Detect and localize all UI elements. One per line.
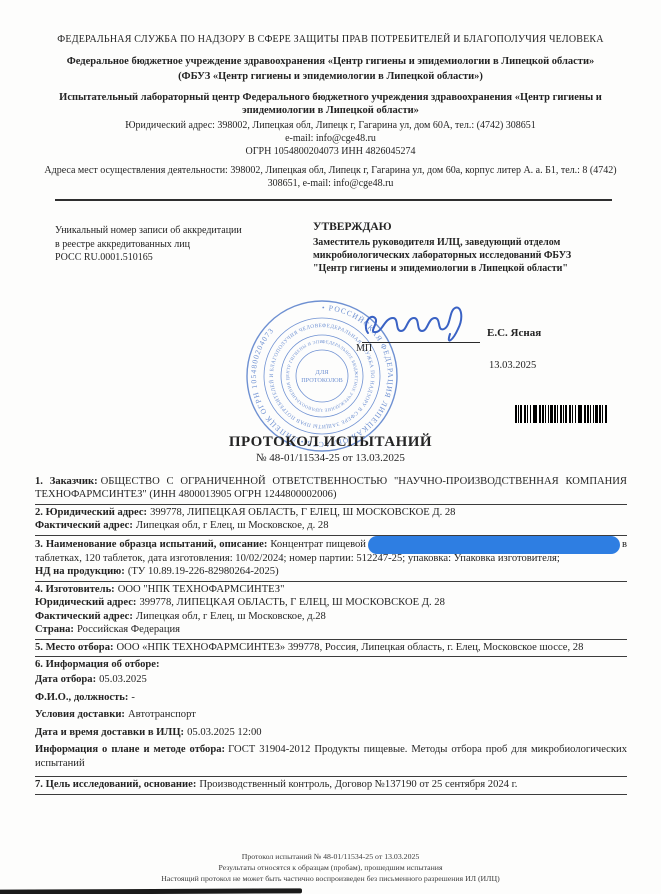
manufacturer-label: 4. Изготовитель: <box>35 584 118 595</box>
section-customer-address: 2. Юридический адрес:399778, ЛИПЕЦКАЯ ОБ… <box>35 505 627 536</box>
manufacturer-legal-address-label: Юридический адрес: <box>35 597 139 608</box>
activity-addresses: Адреса мест осуществления деятельности: … <box>42 164 619 190</box>
section-customer: 1. Заказчик:ОБЩЕСТВО С ОГРАНИЧЕННОЙ ОТВЕ… <box>35 474 627 505</box>
customer-value: ОБЩЕСТВО С ОГРАНИЧЕННОЙ ОТВЕТСТВЕННОСТЬЮ… <box>35 476 627 500</box>
accreditation-number: РОСС RU.0001.510165 <box>55 251 305 265</box>
organization-full-name: Федеральное бюджетное учреждение здравоо… <box>42 55 619 68</box>
stamp-center-line1: ДЛЯ <box>315 369 329 376</box>
legal-address-label: 2. Юридический адрес: <box>35 507 150 518</box>
ogrn-inn-line: ОГРН 1054800204073 ИНН 4826045274 <box>42 145 619 158</box>
scan-artifact-bar <box>0 888 302 894</box>
sampling-place-label: 5. Место отбора: <box>35 642 117 653</box>
manufacturer-actual-address-value: Липецкая обл, г Елец, ш Московское, д.28 <box>136 611 326 622</box>
protocol-document-page: ФЕДЕРАЛЬНАЯ СЛУЖБА ПО НАДЗОРУ В СФЕРЕ ЗА… <box>0 0 661 894</box>
nd-value: (ТУ 10.89.19-226-82980264-2025) <box>128 566 279 577</box>
purpose-label: 7. Цель исследований, основание: <box>35 779 199 790</box>
actual-address-value: Липецкая обл, г Елец, ш Московское, д. 2… <box>136 520 329 531</box>
protocol-sections: 1. Заказчик:ОБЩЕСТВО С ОГРАНИЧЕННОЙ ОТВЕ… <box>35 474 627 795</box>
page-footer: Протокол испытаний № 48-01/11534-25 от 1… <box>0 852 661 885</box>
manufacturer-legal-address-value: 399778, ЛИПЕЦКАЯ ОБЛАСТЬ, Г ЕЛЕЦ, Ш МОСК… <box>139 597 444 608</box>
signer-name: Е.С. Ясная <box>487 327 541 339</box>
header-divider <box>55 199 612 201</box>
purpose-value: Производственный контроль, Договор №1371… <box>199 779 517 790</box>
customer-label: 1. Заказчик: <box>35 476 101 487</box>
delivery-conditions-label: Условия доставки: <box>35 709 128 720</box>
section-purpose: 7. Цель исследований, основание:Производ… <box>35 777 627 794</box>
document-title-block: ПРОТОКОЛ ИСПЫТАНИЙ № 48-01/11534-25 от 1… <box>0 434 661 464</box>
stamp-center-line2: ПРОТОКОЛОВ <box>301 377 343 384</box>
organization-short-name: (ФБУЗ «Центр гигиены и эпидемиологии в Л… <box>42 70 619 83</box>
legal-address: Юридический адрес: 398002, Липецкая обл,… <box>42 119 619 132</box>
actual-address-label: Фактический адрес: <box>35 520 136 531</box>
sampling-date-label: Дата отбора: <box>35 674 99 685</box>
sampler-name-label: Ф.И.О., должность: <box>35 692 131 703</box>
country-value: Российская Федерация <box>77 624 180 635</box>
stamp-place-label: МП <box>356 343 372 354</box>
approval-date: 13.03.2025 <box>489 360 536 371</box>
sample-name-before: Концентрат пищевой <box>270 539 366 550</box>
section-sampling-place: 5. Место отбора:ООО «НПК ТЕХНОФАРМСИНТЕЗ… <box>35 640 627 657</box>
section-sampling-info: 6. Информация об отборе: Дата отбора:05.… <box>35 657 627 777</box>
approval-block: УТВЕРЖДАЮ Заместитель руководителя ИЛЦ, … <box>313 221 603 275</box>
document-header: ФЕДЕРАЛЬНАЯ СЛУЖБА ПО НАДЗОРУ В СФЕРЕ ЗА… <box>42 34 619 190</box>
signature-line <box>362 342 480 343</box>
section-sample: 3. Наименование образца испытаний, описа… <box>35 536 627 582</box>
manufacturer-value: ООО "НПК ТЕХНОФАРМСИНТЕЗ" <box>118 584 285 595</box>
delivery-datetime-value: 05.03.2025 12:00 <box>187 727 261 738</box>
delivery-conditions-value: Автотранспорт <box>128 709 196 720</box>
email-line: e-mail: info@cge48.ru <box>42 132 619 145</box>
document-number: № 48-01/11534-25 от 13.03.2025 <box>0 452 661 464</box>
accreditation-line1: Уникальный номер записи об аккредитации <box>55 224 305 238</box>
approval-title: УТВЕРЖДАЮ <box>313 221 603 233</box>
accreditation-block: Уникальный номер записи об аккредитации … <box>55 224 305 265</box>
sampling-info-label: 6. Информация об отборе: <box>35 659 163 670</box>
handwritten-signature <box>358 303 483 351</box>
sampling-method-label: Информация о плане и методе отбора: <box>35 744 228 755</box>
sampler-name-value: - <box>131 692 135 703</box>
accreditation-line2: в реестре аккредитованных лиц <box>55 238 305 252</box>
footer-reproduction-note: Настоящий протокол не может быть частичн… <box>0 874 661 885</box>
delivery-datetime-label: Дата и время доставки в ИЛЦ: <box>35 727 187 738</box>
barcode <box>515 405 608 423</box>
sampling-place-value: ООО «НПК ТЕХНОФАРМСИНТЕЗ» 399778, Россия… <box>117 642 584 653</box>
footer-protocol-number: Протокол испытаний № 48-01/11534-25 от 1… <box>0 852 661 863</box>
manufacturer-actual-address-label: Фактический адрес: <box>35 611 136 622</box>
laboratory-name: Испытательный лабораторный центр Федерал… <box>42 91 619 117</box>
approver-position: Заместитель руководителя ИЛЦ, заведующий… <box>313 236 603 275</box>
redaction-overlay <box>369 537 619 553</box>
legal-address-value: 399778, ЛИПЕЦКАЯ ОБЛАСТЬ, Г ЕЛЕЦ, Ш МОСК… <box>150 507 455 518</box>
agency-name: ФЕДЕРАЛЬНАЯ СЛУЖБА ПО НАДЗОРУ В СФЕРЕ ЗА… <box>42 34 619 47</box>
nd-label: НД на продукцию: <box>35 566 128 577</box>
section-manufacturer: 4. Изготовитель:ООО "НПК ТЕХНОФАРМСИНТЕЗ… <box>35 582 627 640</box>
sample-name-label: 3. Наименование образца испытаний, описа… <box>35 539 270 550</box>
country-label: Страна: <box>35 624 77 635</box>
document-title: ПРОТОКОЛ ИСПЫТАНИЙ <box>0 434 661 451</box>
sampling-date-value: 05.03.2025 <box>99 674 147 685</box>
footer-results-note: Результаты относятся к образцам (пробам)… <box>0 863 661 874</box>
